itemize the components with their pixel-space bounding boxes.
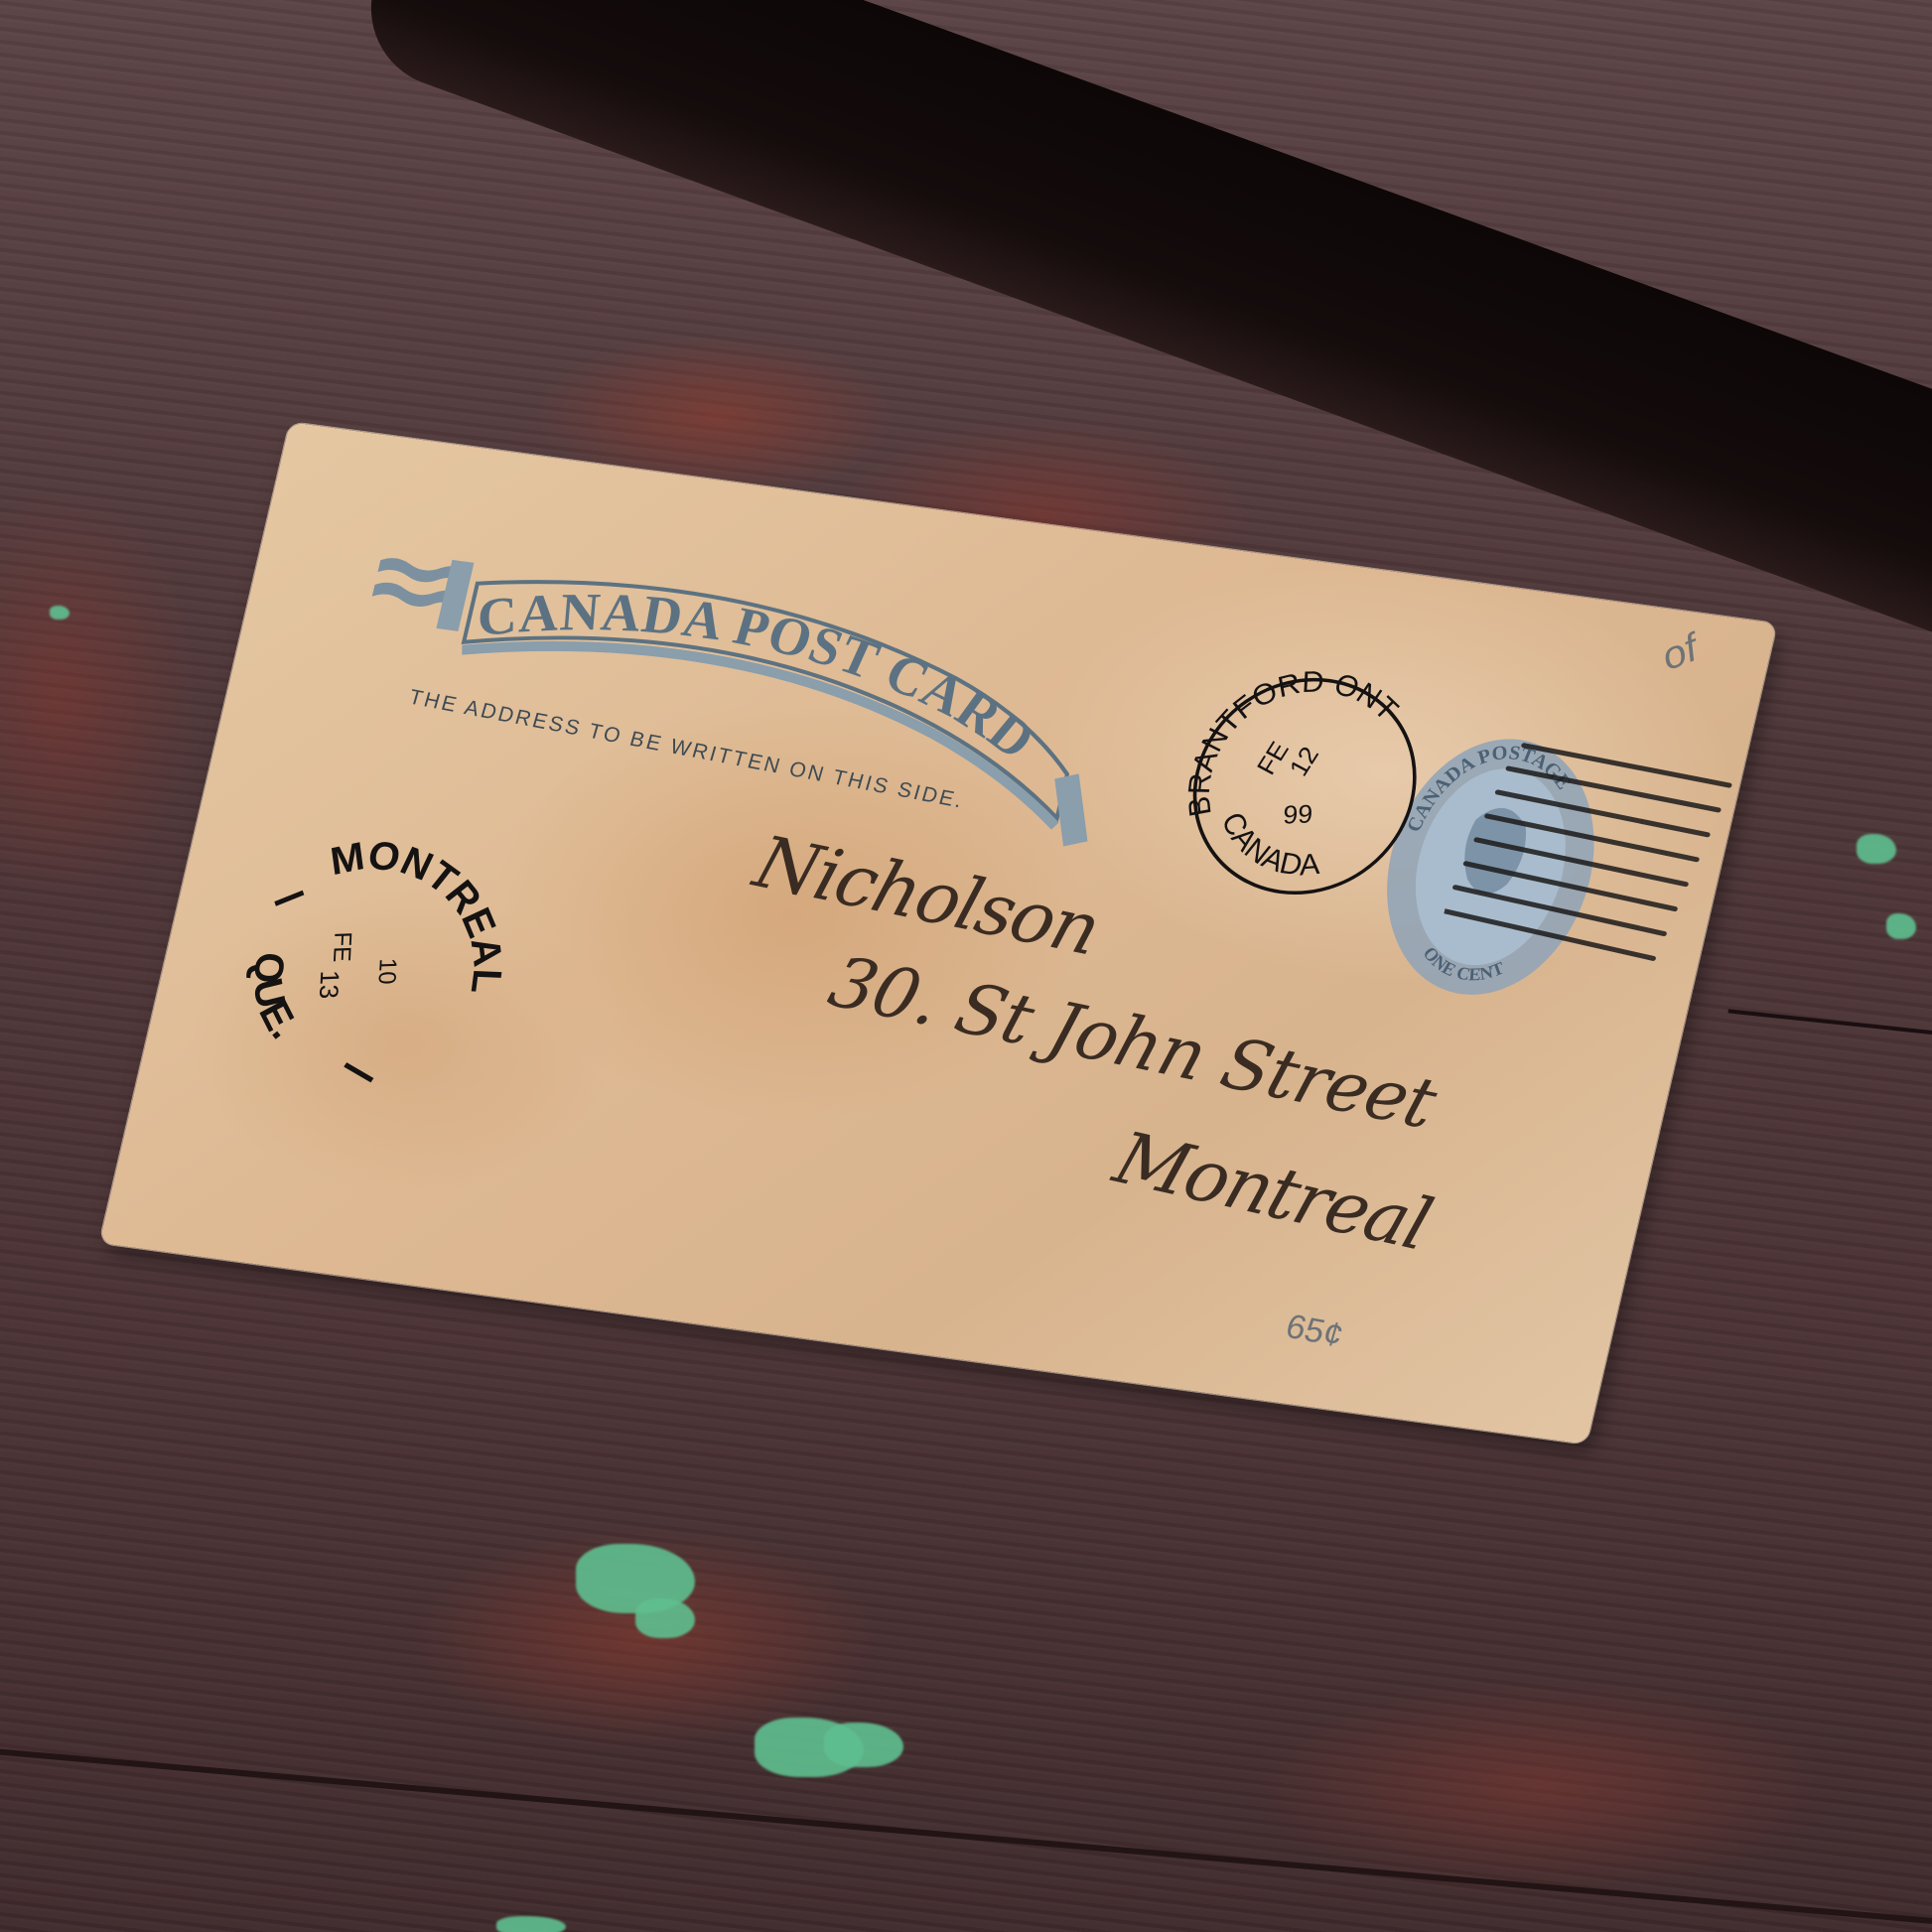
svg-text:QUE.: QUE. (227, 948, 321, 1051)
pencil-price-note: 65¢ (1282, 1308, 1348, 1356)
green-paint-fleck (824, 1723, 903, 1767)
green-paint-fleck (635, 1598, 695, 1638)
montreal-postmark: MONTREAL QUE. FE 13 10 (199, 841, 492, 1113)
svg-text:99: 99 (1283, 799, 1313, 830)
svg-text:CANADA: CANADA (1204, 804, 1335, 886)
svg-text:13: 13 (314, 970, 345, 1000)
svg-text:FE: FE (328, 931, 356, 962)
pencil-corner-note: of (1657, 626, 1703, 680)
green-paint-fleck (1886, 913, 1916, 939)
ribbon-banner-icon: CANADA POST CARD (383, 535, 1131, 778)
cancellation-bars (1432, 721, 1746, 1000)
addressee-name: Nicholson (746, 820, 1109, 972)
address-street: 30. St John Street (820, 940, 1445, 1144)
green-paint-fleck (1857, 834, 1896, 864)
green-paint-fleck (50, 606, 69, 620)
svg-text:10: 10 (372, 958, 401, 986)
